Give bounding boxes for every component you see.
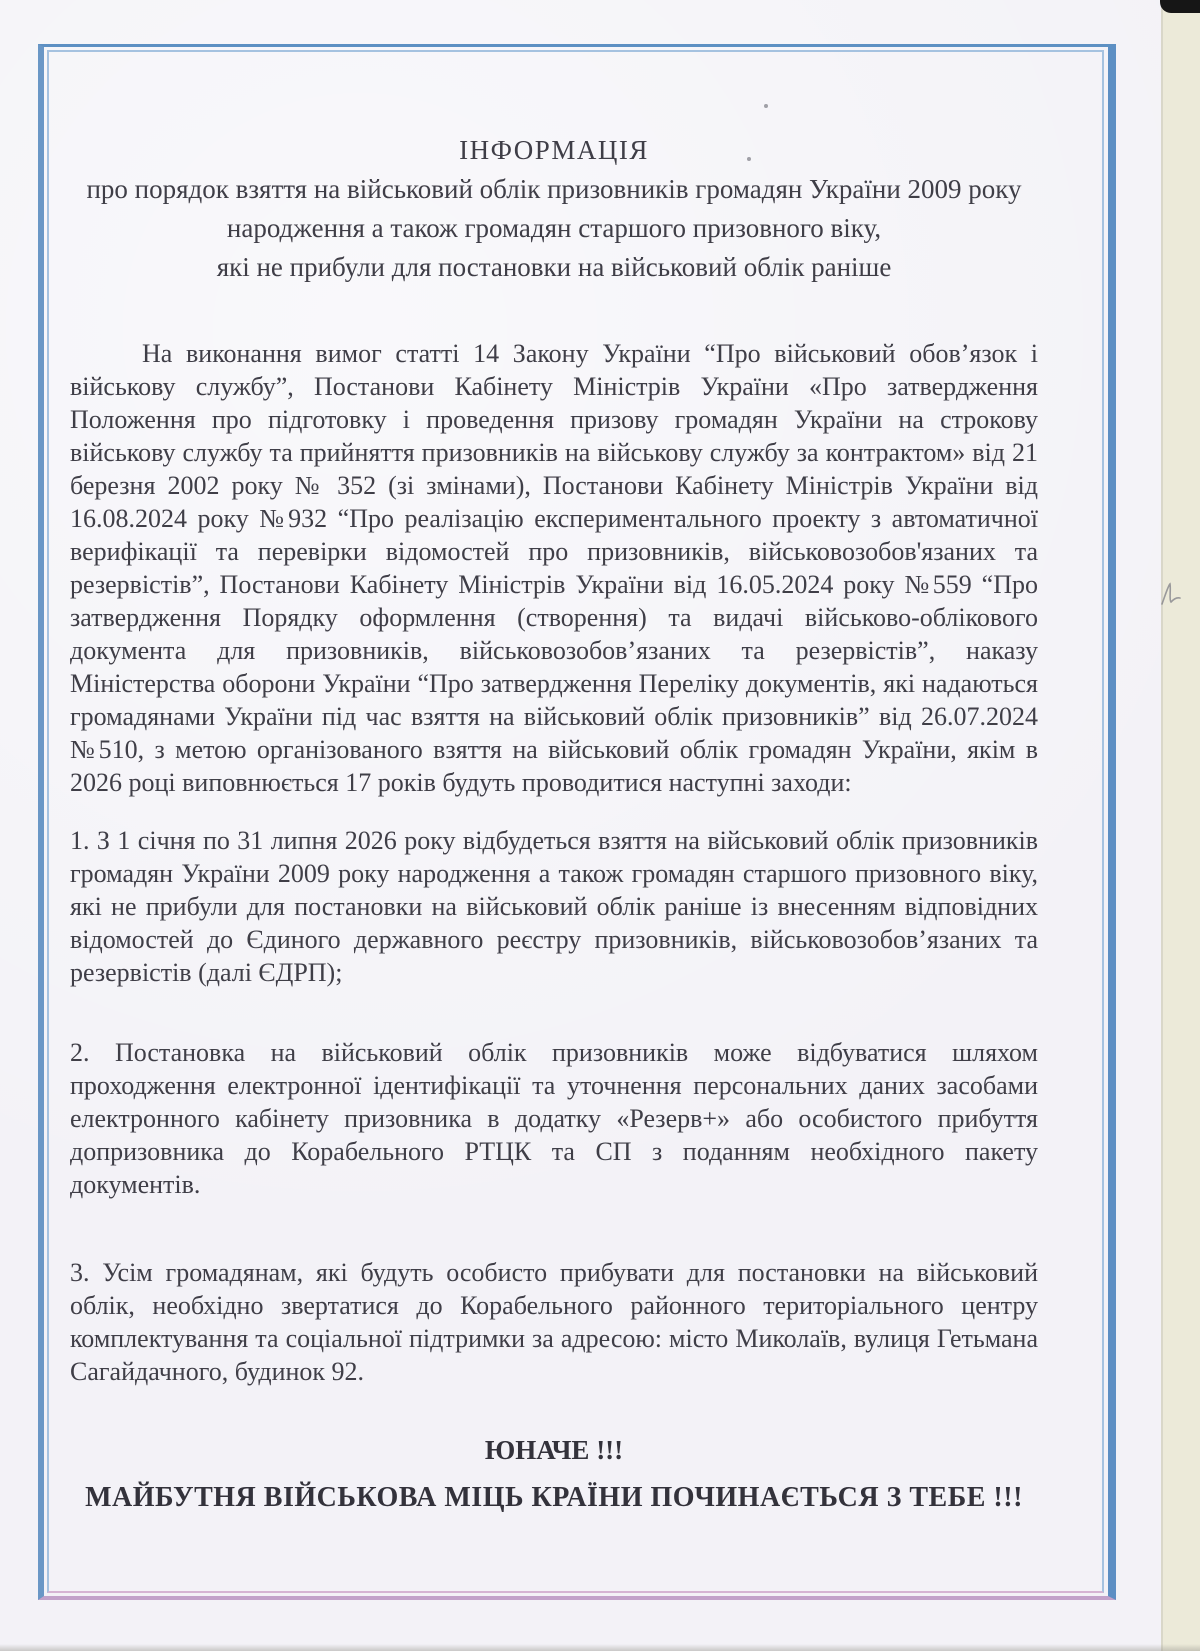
subtitle-line-1: про порядок взяття на військовий облік п… [70,170,1038,209]
subtitle-line-2: народження а також громадян старшого при… [70,209,1038,248]
list-item-2: 2. Постановка на військовий облік призов… [70,1036,1038,1201]
scanner-lid-corner [1160,0,1200,13]
slogan-line-1: ЮНАЧЕ !!! [70,1434,1038,1467]
intro-paragraph: На виконання вимог статті 14 Закону Укра… [70,337,1038,799]
scanner-background-strip [1161,0,1200,1651]
slogan-line-2: МАЙБУТНЯ ВІЙСЬКОВА МІЦЬ КРАЇНИ ПОЧИНАЄТЬ… [70,1481,1038,1515]
document-content: ІНФОРМАЦІЯ про порядок взяття на військо… [38,44,1116,1600]
list-item-1: 1. З 1 січня по 31 липня 2026 року відбу… [70,824,1038,989]
page-title: ІНФОРМАЦІЯ [70,130,1038,170]
subtitle-line-3: які не прибули для постановки на військо… [70,248,1038,287]
scanner-bottom-shadow [0,1644,1200,1651]
list-item-3: 3. Усім громадянам, які будуть особисто … [70,1256,1038,1388]
pencil-mark [1158,578,1184,612]
